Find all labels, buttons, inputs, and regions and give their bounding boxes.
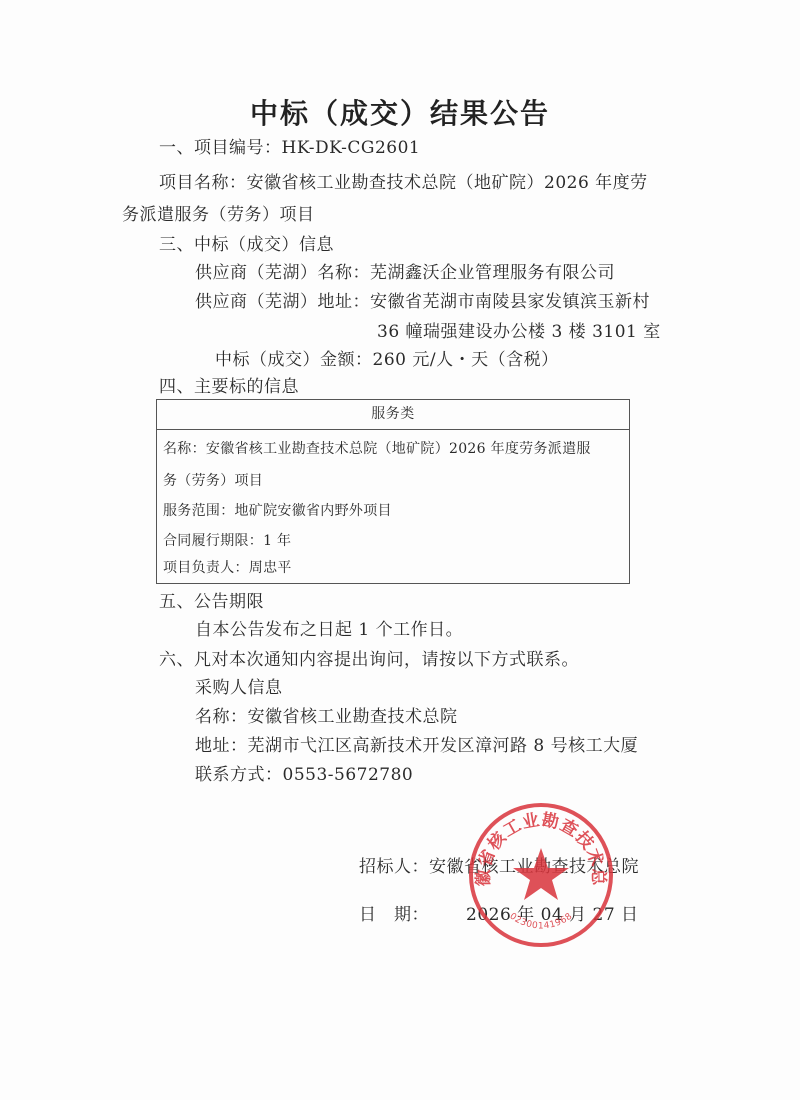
- date-label: 日 期：: [359, 904, 429, 926]
- subject-info-table: 服务类 名称：安徽省核工业勘查技术总院（地矿院）2026 年度劳务派遣服 务（劳…: [156, 399, 630, 584]
- table-row: 名称：安徽省核工业勘查技术总院（地矿院）2026 年度劳务派遣服: [163, 439, 591, 459]
- project-number: 一、项目编号：HK-DK-CG2601: [159, 137, 420, 159]
- document-page: 中标（成交）结果公告 一、项目编号：HK-DK-CG2601 项目名称：安徽省核…: [0, 0, 800, 1100]
- table-row: 务（劳务）项目: [163, 471, 263, 491]
- table-row: 合同履行期限：1 年: [163, 531, 291, 551]
- purchaser-address: 地址：芜湖市弋江区高新技术开发区漳河路 8 号核工大厦: [195, 735, 638, 757]
- announcement-period: 自本公告发布之日起 1 个工作日。: [195, 619, 463, 641]
- purchaser-name: 名称：安徽省核工业勘查技术总院: [195, 706, 458, 728]
- purchaser-contact: 联系方式：0553-5672780: [195, 764, 413, 786]
- section3-heading: 三、中标（成交）信息: [159, 234, 334, 256]
- document-title: 中标（成交）结果公告: [0, 92, 800, 132]
- project-name-line2: 务派遣服务（劳务）项目: [122, 204, 315, 226]
- supplier-address-line1: 供应商（芜湖）地址：安徽省芜湖市南陵县家发镇滨玉新村: [195, 291, 650, 313]
- section4-heading: 四、主要标的信息: [159, 376, 299, 398]
- project-name-line1: 项目名称：安徽省核工业勘查技术总院（地矿院）2026 年度劳: [159, 172, 648, 194]
- supplier-name: 供应商（芜湖）名称：芜湖鑫沃企业管理服务有限公司: [195, 262, 615, 284]
- section5-heading: 五、公告期限: [159, 591, 264, 613]
- svg-text:02300141968: 02300141968: [507, 911, 574, 931]
- supplier-address-line2: 36 幢瑞强建设办公楼 3 楼 3101 室: [377, 321, 661, 343]
- purchaser-heading: 采购人信息: [195, 677, 283, 699]
- table-row: 项目负责人：周忠平: [163, 558, 292, 578]
- official-seal-icon: 安徽省核工业勘查技术总院 02300141968: [466, 800, 616, 950]
- table-row: 服务范围：地矿院安徽省内野外项目: [163, 501, 392, 521]
- award-amount: 中标（成交）金额：260 元/人・天（含税）: [215, 349, 559, 371]
- table-header: 服务类: [157, 400, 629, 430]
- section6-heading: 六、凡对本次通知内容提出询问，请按以下方式联系。: [159, 649, 579, 671]
